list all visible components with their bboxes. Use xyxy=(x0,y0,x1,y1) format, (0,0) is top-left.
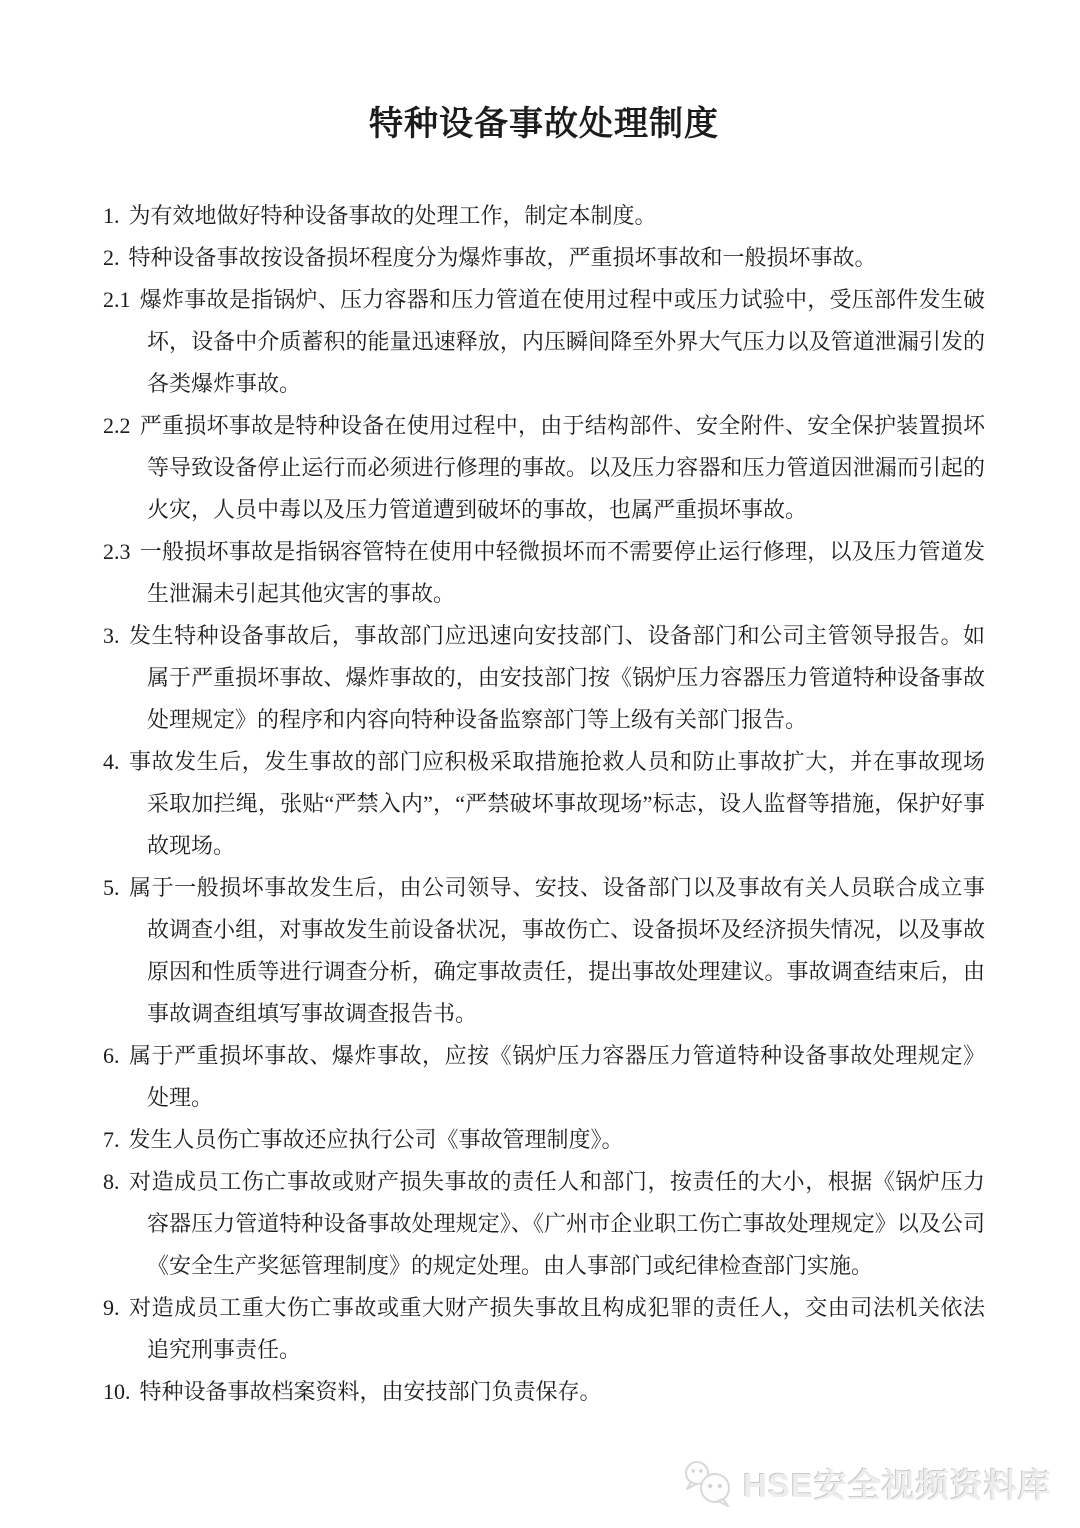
item-number: 6. xyxy=(103,1043,120,1068)
paragraph-8: 8.对造成员工伤亡事故或财产损失事故的责任人和部门，按责任的大小，根据《锅炉压力… xyxy=(103,1161,985,1287)
item-text: 特种设备事故档案资料，由安技部门负责保存。 xyxy=(140,1379,602,1404)
item-number: 9. xyxy=(103,1295,120,1320)
item-number: 2. xyxy=(103,245,120,270)
paragraph-9: 9.对造成员工重大伤亡事故或重大财产损失事故且构成犯罪的责任人，交由司法机关依法… xyxy=(103,1287,985,1371)
page-title: 特种设备事故处理制度 xyxy=(103,104,985,147)
item-text: 发生特种设备事故后，事故部门应迅速向安技部门、设备部门和公司主管领导报告。如属于… xyxy=(129,623,986,732)
paragraph-1: 1.为有效地做好特种设备事故的处理工作，制定本制度。 xyxy=(103,195,985,237)
wechat-icon xyxy=(681,1458,735,1508)
item-number: 5. xyxy=(103,875,120,900)
item-text: 严重损坏事故是特种设备在使用过程中，由于结构部件、安全附件、安全保护装置损坏等导… xyxy=(140,413,986,522)
paragraph-10: 10.特种设备事故档案资料，由安技部门负责保存。 xyxy=(103,1371,985,1413)
item-text: 属于一般损坏事故发生后，由公司领导、安技、设备部门以及事故有关人员联合成立事故调… xyxy=(129,875,986,1026)
item-number: 7. xyxy=(103,1127,120,1152)
item-text: 发生人员伤亡事故还应执行公司《事故管理制度》。 xyxy=(129,1127,624,1152)
document-page: 特种设备事故处理制度 1.为有效地做好特种设备事故的处理工作，制定本制度。 2.… xyxy=(0,0,1080,1413)
item-number: 8. xyxy=(103,1169,120,1194)
item-number: 2.2 xyxy=(103,413,131,438)
paragraph-2-1: 2.1爆炸事故是指锅炉、压力容器和压力管道在使用过程中或压力试验中，受压部件发生… xyxy=(103,279,985,405)
item-text: 事故发生后，发生事故的部门应积极采取措施抢救人员和防止事故扩大，并在事故现场采取… xyxy=(129,749,986,858)
paragraph-2-3: 2.3一般损坏事故是指锅容管特在使用中轻微损坏而不需要停止运行修理，以及压力管道… xyxy=(103,531,985,615)
watermark-text: HSE安全视频资料库 xyxy=(743,1460,1052,1507)
item-text: 为有效地做好特种设备事故的处理工作，制定本制度。 xyxy=(129,203,657,228)
paragraph-6: 6.属于严重损坏事故、爆炸事故，应按《锅炉压力容器压力管道特种设备事故处理规定》… xyxy=(103,1035,985,1119)
document-body: 1.为有效地做好特种设备事故的处理工作，制定本制度。 2.特种设备事故按设备损坏… xyxy=(103,195,985,1413)
item-text: 对造成员工重大伤亡事故或重大财产损失事故且构成犯罪的责任人，交由司法机关依法追究… xyxy=(129,1295,986,1362)
item-number: 2.1 xyxy=(103,287,131,312)
item-text: 爆炸事故是指锅炉、压力容器和压力管道在使用过程中或压力试验中，受压部件发生破坏，… xyxy=(140,287,986,396)
paragraph-3: 3.发生特种设备事故后，事故部门应迅速向安技部门、设备部门和公司主管领导报告。如… xyxy=(103,615,985,741)
paragraph-4: 4.事故发生后，发生事故的部门应积极采取措施抢救人员和防止事故扩大，并在事故现场… xyxy=(103,741,985,867)
item-text: 属于严重损坏事故、爆炸事故，应按《锅炉压力容器压力管道特种设备事故处理规定》处理… xyxy=(129,1043,986,1110)
paragraph-2: 2.特种设备事故按设备损坏程度分为爆炸事故，严重损坏事故和一般损坏事故。 xyxy=(103,237,985,279)
item-number: 3. xyxy=(103,623,120,648)
item-text: 一般损坏事故是指锅容管特在使用中轻微损坏而不需要停止运行修理，以及压力管道发生泄… xyxy=(140,539,986,606)
paragraph-7: 7.发生人员伤亡事故还应执行公司《事故管理制度》。 xyxy=(103,1119,985,1161)
paragraph-5: 5.属于一般损坏事故发生后，由公司领导、安技、设备部门以及事故有关人员联合成立事… xyxy=(103,867,985,1035)
paragraph-2-2: 2.2严重损坏事故是特种设备在使用过程中，由于结构部件、安全附件、安全保护装置损… xyxy=(103,405,985,531)
item-number: 2.3 xyxy=(103,539,131,564)
watermark: HSE安全视频资料库 xyxy=(681,1458,1052,1508)
item-number: 4. xyxy=(103,749,120,774)
item-text: 特种设备事故按设备损坏程度分为爆炸事故，严重损坏事故和一般损坏事故。 xyxy=(129,245,877,270)
item-number: 10. xyxy=(103,1379,131,1404)
item-text: 对造成员工伤亡事故或财产损失事故的责任人和部门，按责任的大小，根据《锅炉压力容器… xyxy=(129,1169,986,1278)
item-number: 1. xyxy=(103,203,120,228)
